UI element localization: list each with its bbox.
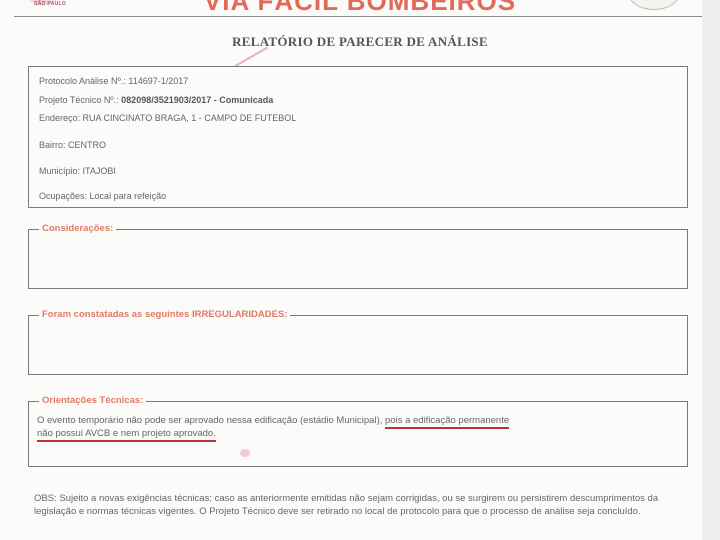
scan-margin — [702, 0, 720, 540]
ocupacoes-label: Ocupações: — [39, 191, 87, 201]
protocolo-label: Protocolo Análise Nº.: — [39, 76, 126, 86]
endereco-label: Endereço: — [39, 113, 80, 123]
header-divider — [14, 16, 704, 17]
brand-title: VIA FÁCIL BOMBEIROS — [0, 0, 720, 17]
orientacoes-label: Orientações Técnicas: — [39, 395, 146, 406]
consideracoes-label: Considerações: — [39, 223, 116, 234]
projeto-row: Projeto Técnico Nº.: 082098/3521903/2017… — [39, 95, 273, 105]
pen-dot-icon — [240, 449, 250, 457]
document-page: SÃO PAULO VIA FÁCIL BOMBEIROS RELATÓRIO … — [0, 0, 702, 540]
irregularidades-label: Foram constatadas as seguintes IRREGULAR… — [39, 309, 290, 320]
protocolo-value: 114697-1/2017 — [128, 76, 188, 86]
bairro-row: Bairro: CENTRO — [39, 140, 106, 150]
observation-note: OBS: Sujeito a novas exigências técnicas… — [34, 492, 684, 518]
municipio-value: ITAJOBI — [83, 166, 116, 176]
ocupacoes-row: Ocupações: Local para refeição — [39, 191, 166, 201]
consideracoes-box: Considerações: — [28, 229, 688, 289]
municipio-row: Município: ITAJOBI — [39, 166, 116, 176]
orientacoes-text: O evento temporário não pode ser aprovad… — [37, 415, 677, 440]
projeto-label: Projeto Técnico Nº.: — [39, 95, 119, 105]
underlined-text-2: não possui AVCB e nem projeto aprovado. — [37, 428, 216, 442]
endereco-row: Endereço: RUA CINCINATO BRAGA, 1 - CAMPO… — [39, 113, 296, 123]
irregularidades-box: Foram constatadas as seguintes IRREGULAR… — [28, 315, 688, 375]
underlined-text-1: pois a edificação permanente — [385, 415, 509, 429]
page-title: RELATÓRIO DE PARECER DE ANÁLISE — [0, 34, 720, 50]
protocolo-row: Protocolo Análise Nº.: 114697-1/2017 — [39, 76, 188, 86]
bairro-label: Bairro: — [39, 140, 66, 150]
bairro-value: CENTRO — [68, 140, 106, 150]
municipio-label: Município: — [39, 166, 80, 176]
projeto-value: 082098/3521903/2017 - Comunicada — [121, 95, 273, 105]
orientacoes-box: Orientações Técnicas: O evento temporári… — [28, 401, 688, 467]
project-info-box: Protocolo Análise Nº.: 114697-1/2017 Pro… — [28, 66, 688, 208]
endereco-value: RUA CINCINATO BRAGA, 1 - CAMPO DE FUTEBO… — [83, 113, 297, 123]
orientacoes-text-part1: O evento temporário não pode ser aprovad… — [37, 415, 385, 426]
ocupacoes-value: Local para refeição — [90, 191, 167, 201]
